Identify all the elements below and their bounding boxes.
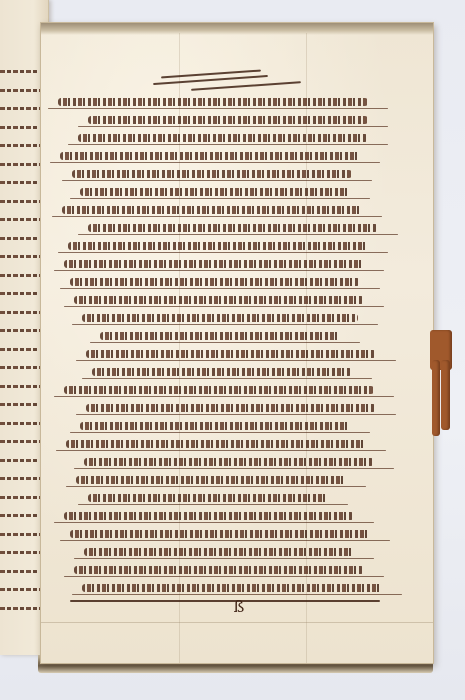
handwritten-line (86, 347, 376, 361)
handwritten-line (68, 239, 368, 253)
facing-page-line (0, 477, 42, 480)
page-fold (41, 622, 433, 623)
handwritten-line (58, 95, 368, 109)
handwritten-line (60, 149, 360, 163)
facing-page-line (0, 200, 42, 203)
facing-page-line (0, 403, 38, 406)
handwritten-line (84, 545, 354, 559)
handwritten-line (88, 491, 328, 505)
handwritten-line (86, 401, 376, 415)
rubric-signature-icon: ß (232, 594, 246, 620)
handwritten-line (84, 455, 374, 469)
handwritten-line (70, 527, 370, 541)
page-top-edge (41, 23, 433, 35)
handwritten-line (80, 419, 350, 433)
facing-page-line (0, 144, 42, 147)
handwritten-line (88, 221, 378, 235)
handwritten-line (78, 131, 368, 145)
handwritten-line (70, 275, 360, 289)
facing-page-line (0, 588, 42, 591)
facing-page-line (0, 422, 42, 425)
pen-flourish (191, 81, 301, 91)
facing-page-line (0, 570, 38, 573)
handwritten-line (64, 257, 364, 271)
handwritten-line (82, 581, 382, 595)
facing-page-line (0, 514, 38, 517)
handwritten-line (72, 167, 352, 181)
handwritten-line (66, 437, 366, 451)
facing-page-line (0, 459, 38, 462)
facing-page-line (0, 126, 38, 129)
handwritten-line (74, 563, 364, 577)
facing-page-line (0, 348, 38, 351)
handwritten-line (62, 203, 362, 217)
facing-page-line (0, 255, 42, 258)
facing-page-line (0, 366, 42, 369)
handwritten-line (92, 365, 352, 379)
handwritten-line (80, 185, 350, 199)
facing-page-line (0, 533, 42, 536)
facing-page-line (0, 70, 38, 73)
handwritten-line (82, 311, 358, 325)
handwritten-line (88, 113, 368, 127)
facing-page-line (0, 89, 42, 92)
facing-page-line (0, 181, 38, 184)
handwritten-line (64, 383, 374, 397)
facing-page-line (0, 292, 38, 295)
handwritten-line (74, 293, 364, 307)
handwritten-line (100, 329, 340, 343)
handwritten-line (76, 473, 346, 487)
facing-page-line (0, 237, 38, 240)
leather-tie (430, 330, 452, 436)
closing-rule (70, 600, 380, 602)
handwritten-line (64, 509, 354, 523)
facing-page-line (0, 311, 42, 314)
